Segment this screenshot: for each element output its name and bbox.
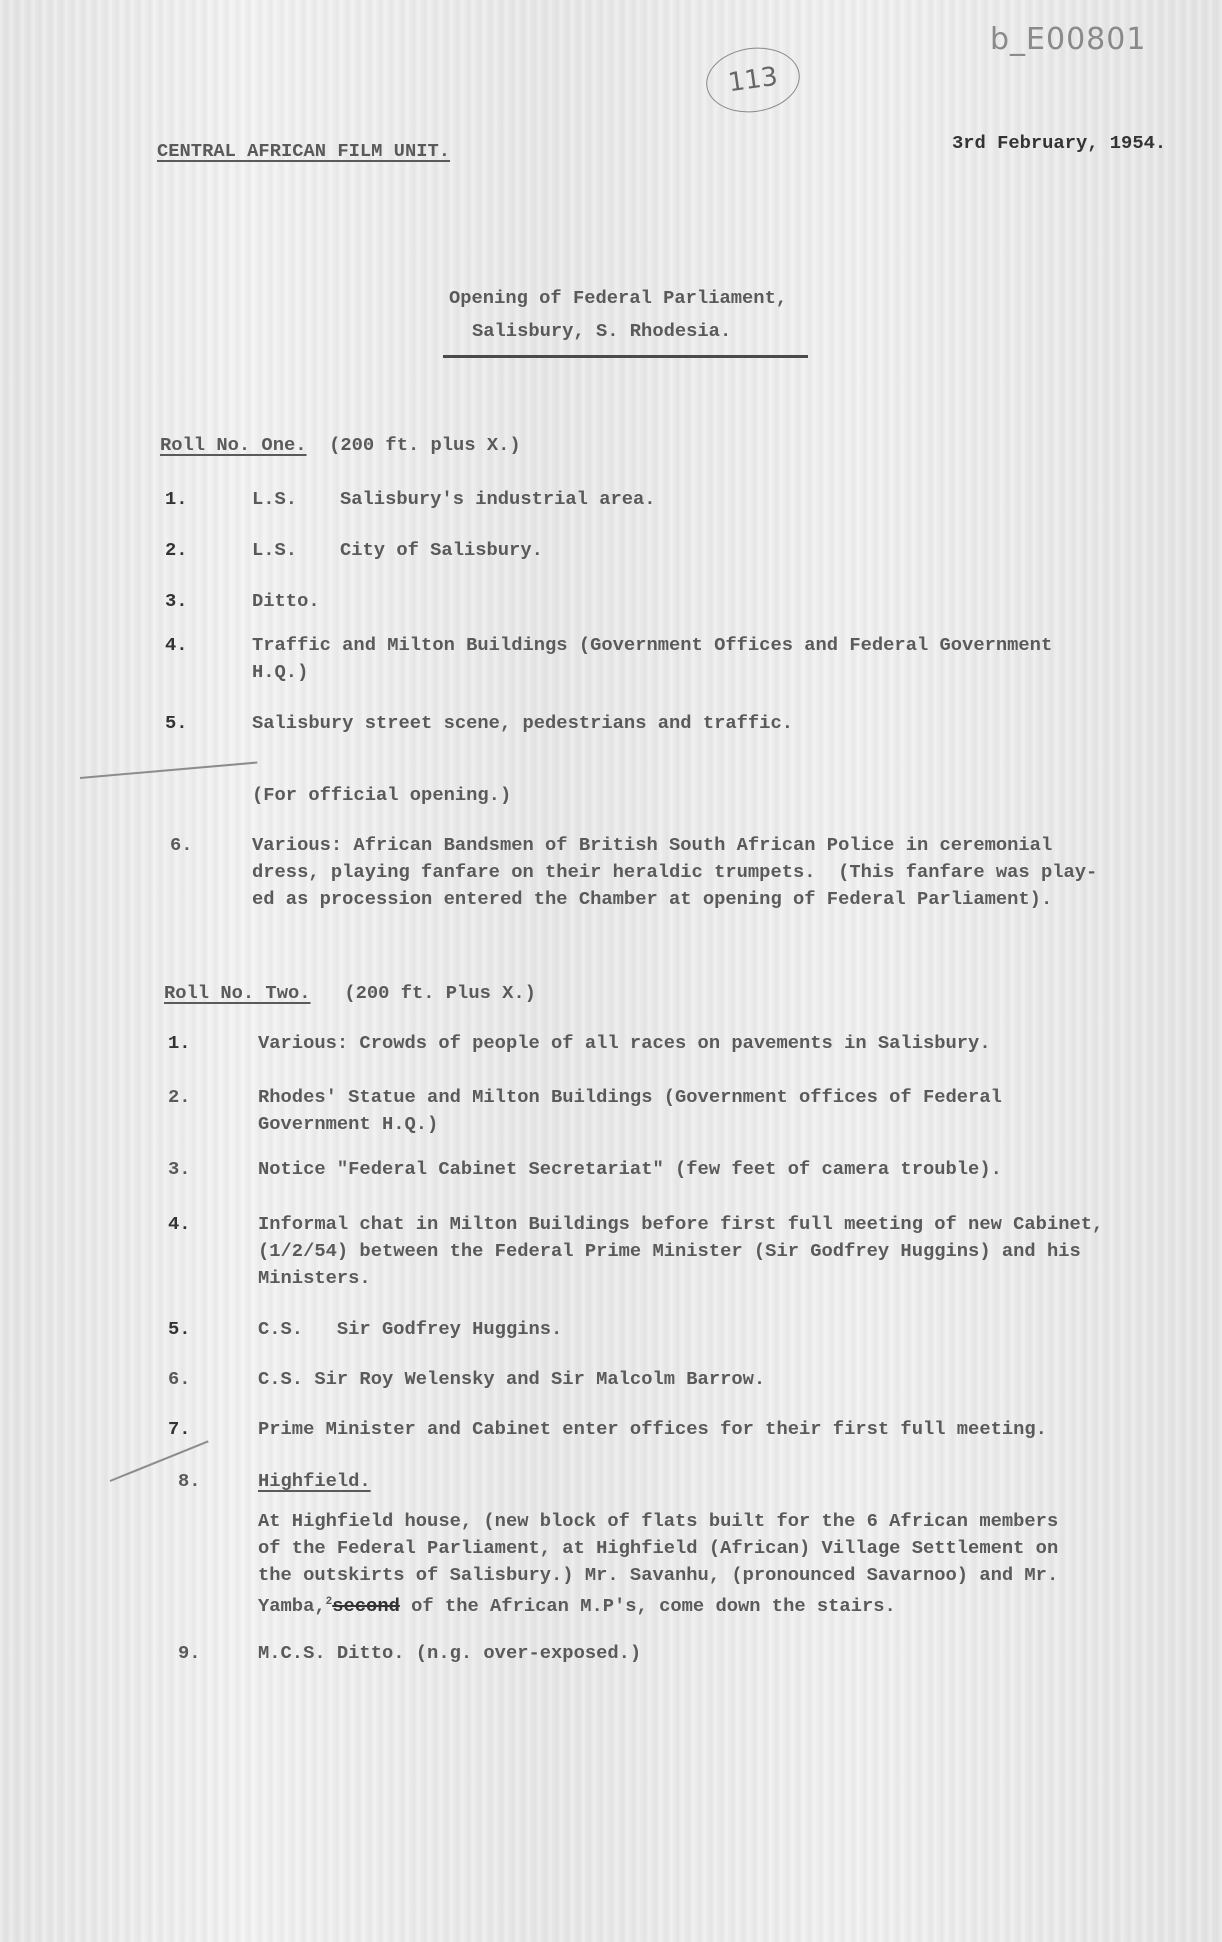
roll-two-item-8-number: 8.	[178, 1468, 201, 1495]
roll-one-heading-row: Roll No. One. (200 ft. plus X.)	[160, 432, 521, 459]
roll-two-item-2-number: 2.	[168, 1084, 191, 1111]
roll-two-item-5-line-1: C.S. Sir Godfrey Huggins.	[258, 1316, 562, 1343]
roll-one-item-1-number: 1.	[165, 486, 188, 513]
roll-two-item-4-line-3: Ministers.	[258, 1265, 371, 1292]
roll-two-heading-row: Roll No. Two. (200 ft. Plus X.)	[164, 980, 536, 1007]
line-4-prefix: Yamba,	[258, 1595, 326, 1617]
pen-mark-1	[80, 761, 257, 779]
line-4-rest: of the African M.P's, come down the stai…	[411, 1595, 896, 1617]
roll-two-item-8-line-3: the outskirts of Salisbury.) Mr. Savanhu…	[258, 1562, 1058, 1589]
roll-two-item-8-line-2: of the Federal Parliament, at Highfield …	[258, 1535, 1058, 1562]
roll-one-heading: Roll No. One.	[160, 434, 307, 456]
roll-one-item-3-number: 3.	[165, 588, 188, 615]
roll-one-item-1-text: Salisbury's industrial area.	[340, 486, 656, 513]
roll-two-item-1-number: 1.	[168, 1030, 191, 1057]
roll-two-item-9-number: 9.	[178, 1640, 201, 1667]
roll-two-heading: Roll No. Two.	[164, 982, 311, 1004]
roll-two-item-7-line-1: Prime Minister and Cabinet enter offices…	[258, 1416, 1047, 1443]
roll-two-length: (200 ft. Plus X.)	[344, 982, 536, 1004]
title-line-1: Opening of Federal Parliament,	[449, 285, 787, 312]
roll-one-item-6-line-2: dress, playing fanfare on their heraldic…	[252, 859, 1097, 886]
roll-one-item-2-text: City of Salisbury.	[340, 537, 543, 564]
roll-two-item-6-line-1: C.S. Sir Roy Welensky and Sir Malcolm Ba…	[258, 1366, 765, 1393]
roll-two-item-3-number: 3.	[168, 1156, 191, 1183]
roll-one-length: (200 ft. plus X.)	[329, 434, 521, 456]
folio-number-circled: 113	[702, 42, 804, 118]
roll-one-subheading: (For official opening.)	[252, 782, 511, 809]
roll-two-item-8-line-4: Yamba,2second of the African M.P's, come…	[258, 1589, 896, 1620]
folio-number: 113	[726, 62, 779, 99]
roll-two-item-8-line-1: At Highfield house, (new block of flats …	[258, 1508, 1058, 1535]
roll-one-item-4-number: 4.	[165, 632, 188, 659]
roll-one-item-2-shot: L.S.	[252, 537, 297, 564]
roll-two-item-4-line-1: Informal chat in Milton Buildings before…	[258, 1211, 1103, 1238]
roll-two-item-5-number: 5.	[168, 1316, 191, 1343]
roll-two-item-4-number: 4.	[168, 1211, 191, 1238]
roll-two-item-4-line-2: (1/2/54) between the Federal Prime Minis…	[258, 1238, 1081, 1265]
roll-one-item-2-number: 2.	[165, 537, 188, 564]
roll-two-item-2-line-1: Rhodes' Statue and Milton Buildings (Gov…	[258, 1084, 1002, 1111]
roll-one-item-6-line-1: Various: African Bandsmen of British Sou…	[252, 832, 1052, 859]
roll-two-item-8-heading: Highfield.	[258, 1468, 371, 1495]
roll-one-item-3-text: Ditto.	[252, 588, 320, 615]
archive-reference: b_E00801	[990, 22, 1146, 57]
title-rule	[443, 355, 808, 358]
struck-word: second	[332, 1595, 400, 1617]
roll-two-item-1-line-1: Various: Crowds of people of all races o…	[258, 1030, 991, 1057]
document-date: 3rd February, 1954.	[952, 130, 1166, 157]
roll-two-item-6-number: 6.	[168, 1366, 191, 1393]
roll-two-item-2-line-2: Government H.Q.)	[258, 1111, 438, 1138]
roll-one-item-5-number: 5.	[165, 710, 188, 737]
roll-two-item-7-number: 7.	[168, 1416, 191, 1443]
roll-one-item-6-number: 6.	[170, 832, 193, 859]
roll-two-item-3-line-1: Notice "Federal Cabinet Secretariat" (fe…	[258, 1156, 1002, 1183]
title-line-2: Salisbury, S. Rhodesia.	[472, 318, 731, 345]
organization-name: CENTRAL AFRICAN FILM UNIT.	[157, 138, 450, 165]
roll-two-item-9-line-1: M.C.S. Ditto. (n.g. over-exposed.)	[258, 1640, 641, 1667]
roll-one-item-4-line-1: Traffic and Milton Buildings (Government…	[252, 632, 1052, 659]
roll-one-item-6-line-3: ed as procession entered the Chamber at …	[252, 886, 1052, 913]
roll-one-item-4-line-2: H.Q.)	[252, 659, 308, 686]
roll-one-item-5-text: Salisbury street scene, pedestrians and …	[252, 710, 793, 737]
roll-one-item-1-shot: L.S.	[252, 486, 297, 513]
